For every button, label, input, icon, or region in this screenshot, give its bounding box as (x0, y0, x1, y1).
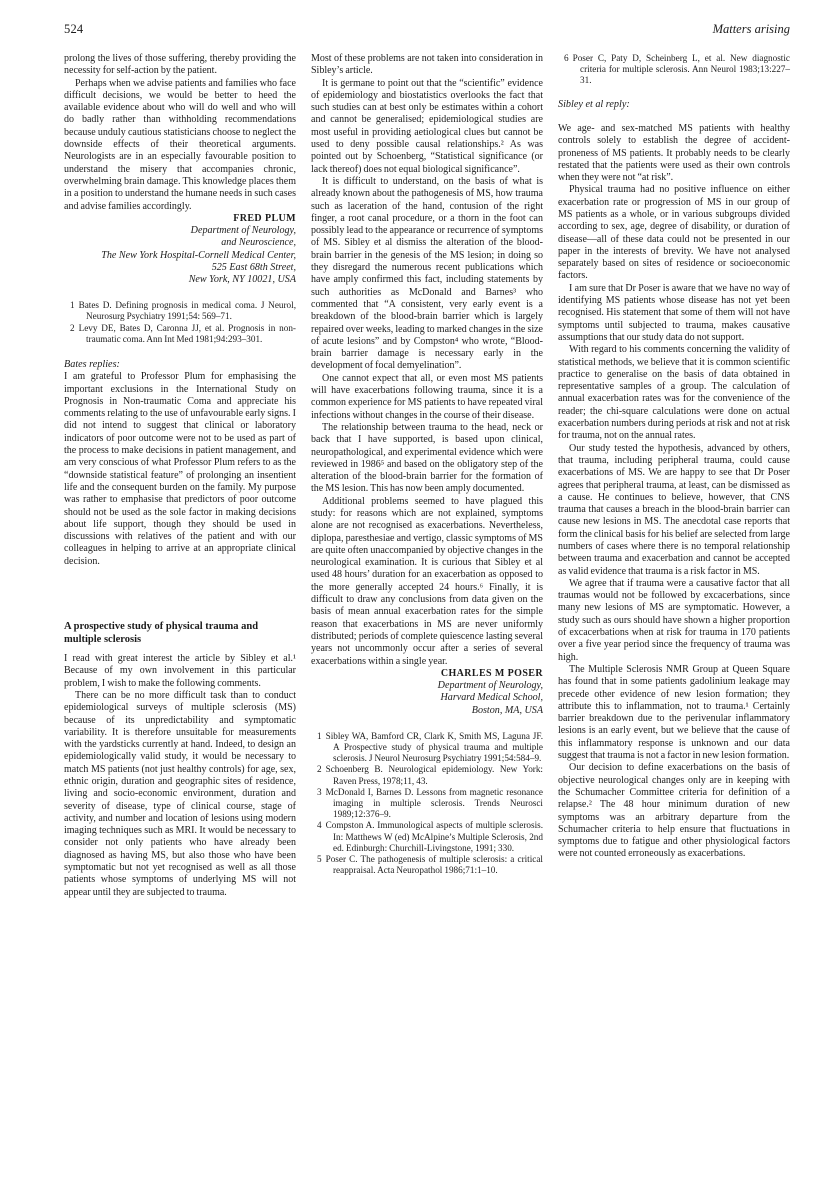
vertical-gap (64, 646, 296, 653)
paragraph: With regard to his comments concerning t… (558, 344, 790, 442)
reference-item: 3McDonald I, Barnes D. Lessons from magn… (311, 787, 543, 821)
paragraph: It is germane to point out that the “sci… (311, 78, 543, 176)
reference-text: Compston A. Immunological aspects of mul… (326, 820, 543, 852)
paragraph: I am sure that Dr Poser is aware that we… (558, 283, 790, 344)
paragraph: It is difficult to understand, on the ba… (311, 176, 543, 373)
vertical-gap (558, 87, 790, 99)
vertical-gap (64, 345, 296, 359)
running-title: Matters arising (713, 22, 790, 37)
section-heading: A prospective study of physical trauma a… (64, 620, 296, 646)
reply-label: Bates replies: (64, 359, 296, 371)
signature-address-line: and Neuroscience, (64, 237, 296, 249)
reference-item: 1Sibley WA, Bamford CR, Clark K, Smith M… (311, 731, 543, 765)
reference-text: Poser C, Paty D, Scheinberg L, et al. Ne… (573, 53, 790, 85)
reference-text: Levy DE, Bates D, Caronna JJ, et al. Pro… (79, 323, 296, 344)
reference-number: 2 (70, 323, 79, 333)
reference-text: Sibley WA, Bamford CR, Clark K, Smith MS… (326, 731, 543, 763)
signature-address-line: New York, NY 10021, USA (64, 274, 296, 286)
page-number: 524 (64, 22, 83, 37)
journal-page: 524 Matters arising prolong the lives of… (0, 0, 816, 1203)
signature-address-line: 525 East 68th Street, (64, 262, 296, 274)
reply-label: Sibley et al reply: (558, 99, 790, 111)
signature-address-line: Boston, MA, USA (311, 705, 543, 717)
paragraph: Perhaps when we advise patients and fami… (64, 78, 296, 213)
reference-item: 1Bates D. Defining prognosis in medical … (64, 300, 296, 322)
paragraph: I am grateful to Professor Plum for emph… (64, 371, 296, 568)
paragraph: prolong the lives of those suffering, th… (64, 53, 296, 78)
reference-number: 1 (70, 300, 79, 310)
signature-name: FRED PLUM (64, 213, 296, 225)
signature-address-line: Department of Neurology, (64, 225, 296, 237)
reference-item: 6Poser C, Paty D, Scheinberg L, et al. N… (558, 53, 790, 87)
columns-container: prolong the lives of those suffering, th… (64, 53, 790, 899)
reference-text: Poser C. The pathogenesis of multiple sc… (326, 854, 543, 875)
reference-item: 2Schoenberg B. Neurological epidemiology… (311, 764, 543, 786)
paragraph: The relationship between trauma to the h… (311, 422, 543, 496)
paragraph: One cannot expect that all, or even most… (311, 373, 543, 422)
reference-item: 5Poser C. The pathogenesis of multiple s… (311, 854, 543, 876)
signature-address-line: The New York Hospital-Cornell Medical Ce… (64, 250, 296, 262)
reference-number: 5 (317, 854, 326, 864)
reference-number: 1 (317, 731, 326, 741)
reference-text: Bates D. Defining prognosis in medical c… (79, 300, 296, 321)
column-left: prolong the lives of those suffering, th… (64, 53, 296, 899)
vertical-gap (311, 717, 543, 731)
reference-item: 4Compston A. Immunological aspects of mu… (311, 820, 543, 854)
paragraph: There can be no more difficult task than… (64, 690, 296, 899)
paragraph: We agree that if trauma were a causative… (558, 578, 790, 664)
reference-number: 3 (317, 787, 326, 797)
reference-text: McDonald I, Barnes D. Lessons from magne… (326, 787, 543, 819)
reference-text: Schoenberg B. Neurological epidemiology.… (326, 764, 543, 785)
paragraph: Physical trauma had no positive influenc… (558, 184, 790, 282)
paragraph: I read with great interest the article b… (64, 653, 296, 690)
reference-number: 6 (564, 53, 573, 63)
signature-name: CHARLES M POSER (311, 668, 543, 680)
reference-number: 4 (317, 820, 326, 830)
paragraph: Most of these problems are not taken int… (311, 53, 543, 78)
vertical-gap (64, 286, 296, 300)
signature-address-line: Harvard Medical School, (311, 692, 543, 704)
paragraph: Our study tested the hypothesis, advance… (558, 443, 790, 578)
signature-address-line: Department of Neurology, (311, 680, 543, 692)
column-middle: Most of these problems are not taken int… (311, 53, 543, 899)
reference-number: 2 (317, 764, 326, 774)
vertical-gap (558, 111, 790, 123)
vertical-gap (64, 568, 296, 620)
paragraph: Our decision to define exacerbations on … (558, 762, 790, 860)
reference-item: 2Levy DE, Bates D, Caronna JJ, et al. Pr… (64, 323, 296, 345)
paragraph: We age- and sex-matched MS patients with… (558, 123, 790, 184)
paragraph: The Multiple Sclerosis NMR Group at Quee… (558, 664, 790, 762)
page-header: 524 Matters arising (64, 22, 790, 37)
paragraph: Additional problems seemed to have plagu… (311, 496, 543, 668)
column-right: 6Poser C, Paty D, Scheinberg L, et al. N… (558, 53, 790, 899)
